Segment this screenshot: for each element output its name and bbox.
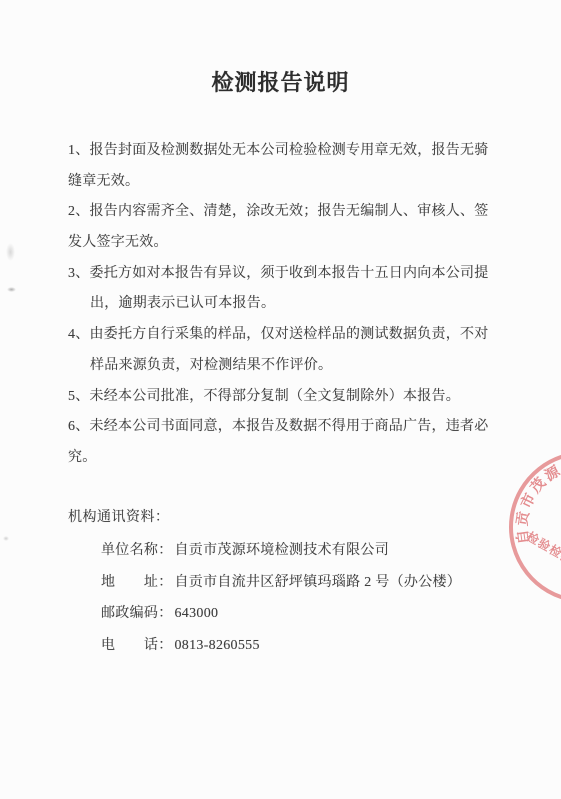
contact-value: 643000 bbox=[175, 606, 219, 621]
note-line-2b: 发人签字无效。 bbox=[68, 228, 513, 259]
note-line-4a: 4、由委托方自行采集的样品，仅对送检样品的测试数据负责，不对 bbox=[68, 320, 513, 351]
note-line-3b: 出，逾期表示已认可本报告。 bbox=[68, 289, 513, 320]
report-notes: 1、报告封面及检测数据处无本公司检验检测专用章无效，报告无骑 缝章无效。 2、报… bbox=[68, 136, 513, 474]
note-line-2a: 2、报告内容需齐全、清楚，涂改无效；报告无编制人、审核人、签 bbox=[68, 197, 513, 228]
contact-label: 地 址： bbox=[101, 575, 173, 590]
contact-row-address: 地 址：自贡市自流井区舒坪镇玛瑙路 2 号（办公楼） bbox=[68, 567, 498, 599]
scan-artifact-dot bbox=[3, 536, 9, 541]
contact-row-phone: 电 话：0813-8260555 bbox=[68, 630, 498, 662]
note-line-1b: 缝章无效。 bbox=[68, 167, 513, 198]
contact-label: 电 话： bbox=[101, 638, 173, 653]
scan-artifact-smudge bbox=[6, 243, 15, 261]
note-line-6b: 究。 bbox=[68, 443, 513, 474]
note-line-4b: 样品来源负责，对检测结果不作评价。 bbox=[68, 351, 513, 382]
contact-value: 0813-8260555 bbox=[175, 638, 260, 653]
svg-text:检验检测专用章: 检验检测专用章 bbox=[524, 528, 561, 586]
note-line-5: 5、未经本公司批准，不得部分复制（全文复制除外）本报告。 bbox=[68, 382, 513, 413]
note-line-1a: 1、报告封面及检测数据处无本公司检验检测专用章无效，报告无骑 bbox=[68, 136, 513, 167]
note-line-3a: 3、委托方如对本报告有异议，须于收到本报告十五日内向本公司提 bbox=[68, 259, 513, 290]
contact-row-postcode: 邮政编码：643000 bbox=[68, 598, 498, 630]
contact-label: 单位名称： bbox=[101, 543, 173, 558]
contact-value: 自贡市茂源环境检测技术有限公司 bbox=[175, 543, 390, 558]
document-page: 检测报告说明 1、报告封面及检测数据处无本公司检验检测专用章无效，报告无骑 缝章… bbox=[0, 0, 561, 799]
contact-value: 自贡市自流井区舒坪镇玛瑙路 2 号（办公楼） bbox=[175, 575, 462, 590]
contact-row-company: 单位名称：自贡市茂源环境检测技术有限公司 bbox=[68, 535, 498, 567]
note-line-6a: 6、未经本公司书面同意，本报告及数据不得用于商品广告，违者必 bbox=[68, 412, 513, 443]
contact-label: 邮政编码： bbox=[101, 606, 173, 621]
contact-heading: 机构通讯资料： bbox=[68, 500, 498, 535]
scan-artifact-dash bbox=[7, 287, 16, 292]
contact-info: 机构通讯资料： 单位名称：自贡市茂源环境检测技术有限公司 地 址：自贡市自流井区… bbox=[68, 500, 498, 661]
page-title: 检测报告说明 bbox=[0, 66, 561, 97]
